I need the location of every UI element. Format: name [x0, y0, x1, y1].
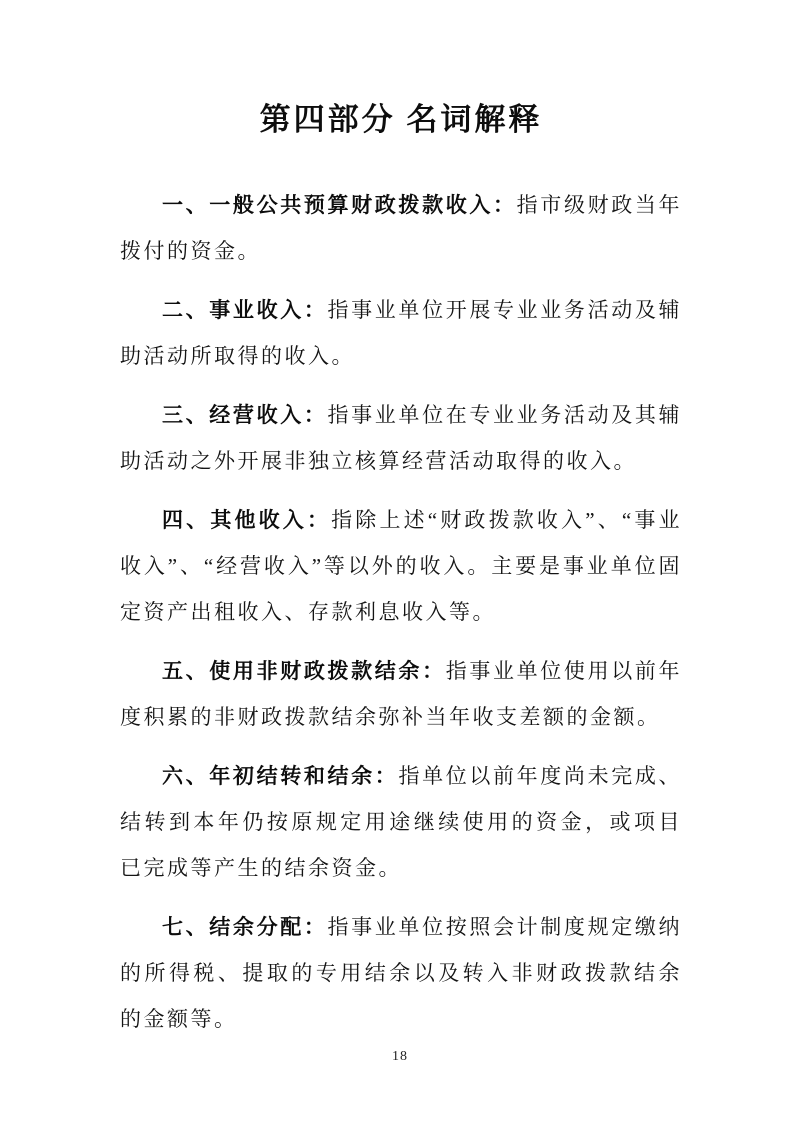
- definition-paragraph: 四、其他收入：指除上述“财政拨款收入”、“事业收入”、“经营收入”等以外的收入。…: [120, 497, 682, 635]
- definition-paragraph: 六、年初结转和结余：指单位以前年度尚未完成、结转到本年仍按原规定用途继续使用的资…: [120, 753, 682, 891]
- definition-paragraph: 三、经营收入：指事业单位在专业业务活动及其辅助活动之外开展非独立核算经营活动取得…: [120, 392, 682, 484]
- document-page: 第四部分 名词解释 一、一般公共预算财政拨款收入：指市级财政当年拨付的资金。 二…: [0, 0, 800, 1131]
- term-label: 一、一般公共预算财政拨款收入：: [162, 193, 517, 217]
- term-label: 七、结余分配：: [162, 915, 328, 939]
- document-content: 第四部分 名词解释 一、一般公共预算财政拨款收入：指市级财政当年拨付的资金。 二…: [0, 0, 800, 1042]
- definition-paragraph: 一、一般公共预算财政拨款收入：指市级财政当年拨付的资金。: [120, 182, 682, 274]
- term-label: 六、年初结转和结余：: [162, 764, 398, 788]
- definition-paragraph: 五、使用非财政拨款结余：指事业单位使用以前年度积累的非财政拨款结余弥补当年收支差…: [120, 648, 682, 740]
- definition-paragraph: 二、事业收入：指事业单位开展专业业务活动及辅助活动所取得的收入。: [120, 287, 682, 379]
- term-label: 五、使用非财政拨款结余：: [162, 659, 446, 683]
- definition-paragraph: 七、结余分配：指事业单位按照会计制度规定缴纳的所得税、提取的专用结余以及转入非财…: [120, 904, 682, 1042]
- term-label: 二、事业收入：: [162, 298, 328, 322]
- page-number: 18: [0, 1049, 800, 1065]
- term-label: 四、其他收入：: [162, 508, 331, 532]
- term-label: 三、经营收入：: [162, 403, 328, 427]
- page-title: 第四部分 名词解释: [120, 96, 682, 144]
